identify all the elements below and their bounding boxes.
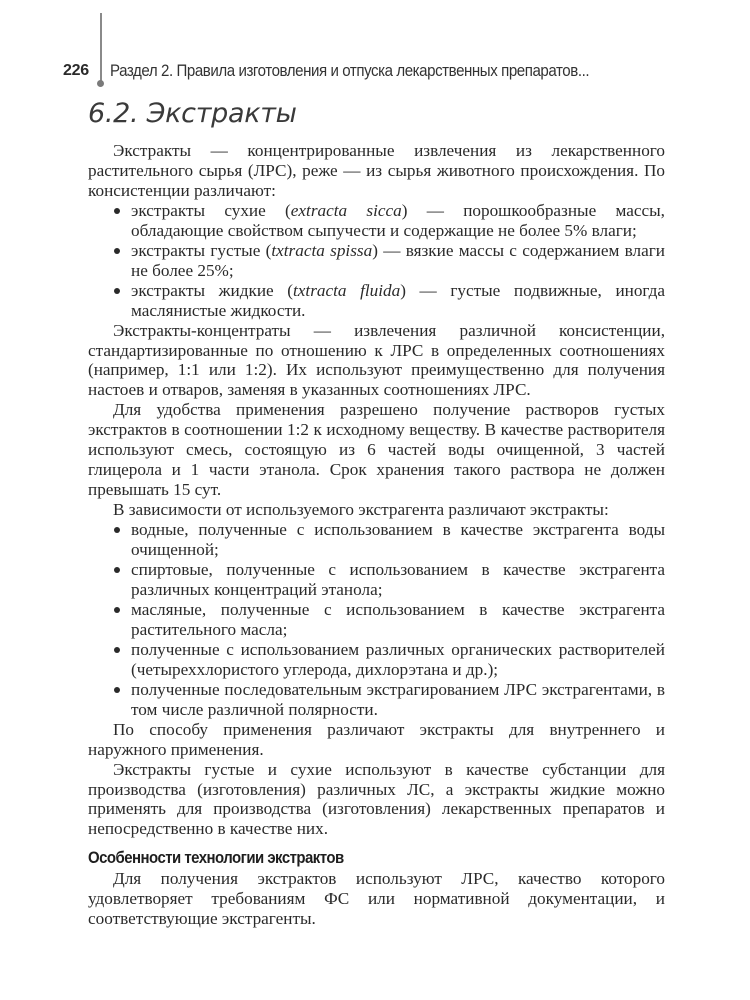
bullet-icon: [114, 288, 120, 294]
bullet-icon: [114, 527, 120, 533]
latin-term: txtracta fluida: [293, 281, 400, 300]
bullet-icon: [114, 567, 120, 573]
extractant-intro-paragraph: В зависимости от используемого экстраген…: [88, 500, 665, 520]
header-divider-dot-icon: [97, 80, 104, 87]
subsection-heading: Особенности технологии экстрактов: [88, 848, 596, 868]
list-item: спиртовые, полученные с использованием в…: [131, 560, 665, 600]
latin-term: extracta sicca: [291, 201, 402, 220]
section-title: 6.2. Экстракты: [88, 98, 297, 129]
bullet-icon: [114, 647, 120, 653]
body-text: Экстракты — концентрированные извлечения…: [88, 141, 665, 929]
list-item: экстракты сухие (extracta sicca) — порош…: [131, 201, 665, 241]
bullet-icon: [114, 248, 120, 254]
usage-paragraph: Экстракты густые и сухие используют в ка…: [88, 760, 665, 840]
application-paragraph: По способу применения различают экстракт…: [88, 720, 665, 760]
list-item: полученные последовательным экстрагирова…: [131, 680, 665, 720]
solutions-paragraph: Для удобства применения разрешено получе…: [88, 400, 665, 500]
list-item: водные, полученные с использованием в ка…: [131, 520, 665, 560]
concentrates-paragraph: Экстракты-концентраты — извлечения разли…: [88, 321, 665, 401]
latin-term: txtracta spissa: [271, 241, 372, 260]
list-item: экстракты жидкие (txtracta fluida) — гус…: [131, 281, 665, 321]
running-head-title: Раздел 2. Правила изготовления и отпуска…: [110, 62, 589, 81]
list-item: масляные, полученные с использованием в …: [131, 600, 665, 640]
intro-paragraph: Экстракты — концентрированные извлечения…: [88, 141, 665, 201]
list-item: экстракты густые (txtracta spissa) — вяз…: [131, 241, 665, 281]
bullet-icon: [114, 607, 120, 613]
header-divider-line: [100, 13, 102, 83]
technology-paragraph: Для получения экстрактов используют ЛРС,…: [88, 869, 665, 929]
running-head: 226 Раздел 2. Правила изготовления и отп…: [0, 0, 750, 90]
list-item: полученные с использованием различных ор…: [131, 640, 665, 680]
page-number: 226: [63, 62, 89, 80]
extractant-list: водные, полученные с использованием в ка…: [88, 520, 665, 720]
consistency-list: экстракты сухие (extracta sicca) — порош…: [88, 201, 665, 321]
bullet-icon: [114, 208, 120, 214]
bullet-icon: [114, 687, 120, 693]
